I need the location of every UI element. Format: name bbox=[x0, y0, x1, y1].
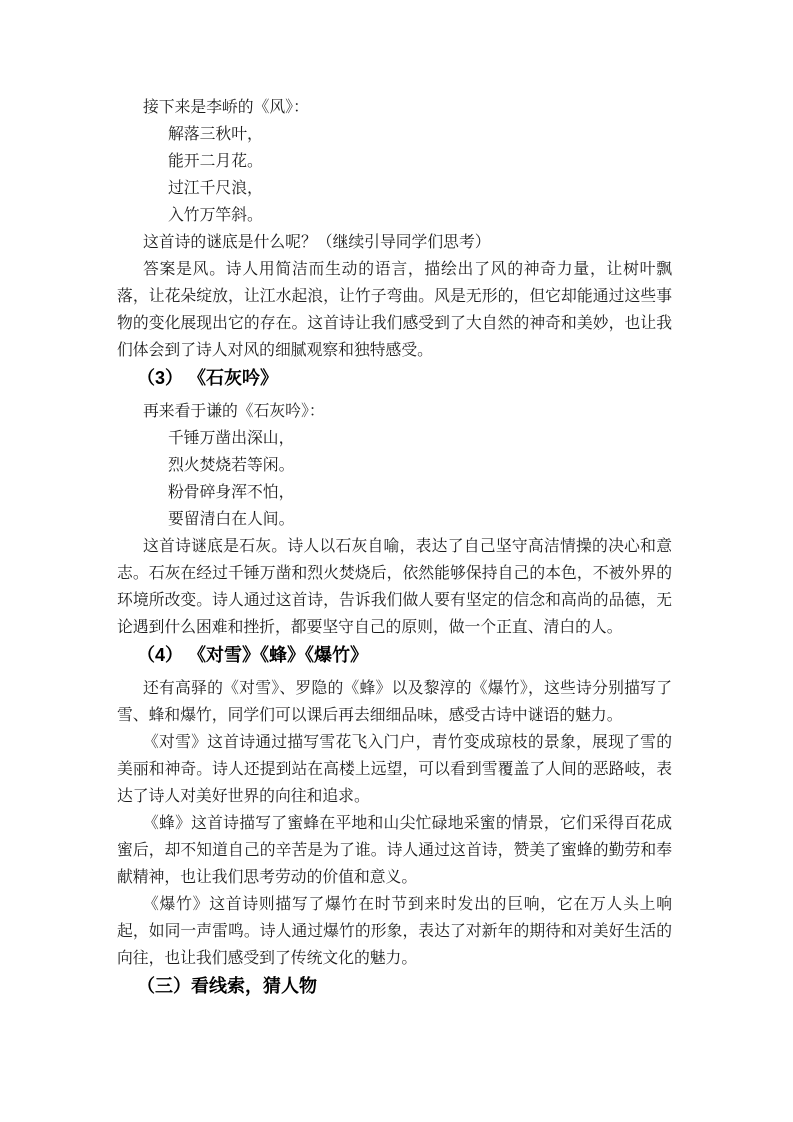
section-heading-three-poems: （4） 《对雪》《蜂》《爆竹》 bbox=[117, 642, 672, 669]
document-page: 接下来是李峤的《风》： 解落三秋叶， 能开二月花。 过江千尺浪， 入竹万竿斜。 … bbox=[0, 0, 793, 1122]
intro-line-shihuiyin: 再来看于谦的《石灰吟》： bbox=[117, 398, 672, 425]
poem-line-shihuiyin-2: 烈火焚烧若等闲。 bbox=[117, 452, 672, 479]
section-heading-shihuiyin: （3） 《石灰吟》 bbox=[117, 365, 672, 392]
poem-line-shihuiyin-1: 千锤万凿出深山， bbox=[117, 425, 672, 452]
poem-line-feng-4: 入竹万竿斜。 bbox=[117, 202, 672, 229]
question-line-feng: 这首诗的谜底是什么呢？（继续引导同学们思考） bbox=[117, 229, 672, 256]
analysis-paragraph-duixue: 《对雪》这首诗通过描写雪花飞入门户，青竹变成琼枝的景象，展现了雪的美丽和神奇。诗… bbox=[117, 729, 672, 810]
section-heading-guess-person: （三）看线索，猜人物 bbox=[117, 973, 672, 1000]
poem-line-feng-3: 过江千尺浪， bbox=[117, 175, 672, 202]
analysis-paragraph-feng-bee: 《蜂》这首诗描写了蜜蜂在平地和山尖忙碌地采蜜的情景，它们采得百花成蜜后，却不知道… bbox=[117, 810, 672, 891]
intro-paragraph-three-poems: 还有高驿的《对雪》、罗隐的《蜂》以及黎淳的《爆竹》，这些诗分别描写了雪、蜂和爆竹… bbox=[117, 675, 672, 729]
poem-line-shihuiyin-4: 要留清白在人间。 bbox=[117, 506, 672, 533]
poem-line-shihuiyin-3: 粉骨碎身浑不怕， bbox=[117, 479, 672, 506]
intro-line-feng: 接下来是李峤的《风》： bbox=[117, 94, 672, 121]
poem-line-feng-1: 解落三秋叶， bbox=[117, 121, 672, 148]
poem-line-feng-2: 能开二月花。 bbox=[117, 148, 672, 175]
analysis-paragraph-baozhu: 《爆竹》这首诗则描写了爆竹在时节到来时发出的巨响，它在万人头上响起，如同一声雷鸣… bbox=[117, 891, 672, 972]
analysis-paragraph-feng: 答案是风。诗人用简洁而生动的语言，描绘出了风的神奇力量，让树叶飘落，让花朵绽放，… bbox=[117, 256, 672, 364]
document-content: 接下来是李峤的《风》： 解落三秋叶， 能开二月花。 过江千尺浪， 入竹万竿斜。 … bbox=[0, 0, 793, 1122]
analysis-paragraph-shihui: 这首诗谜底是石灰。诗人以石灰自喻，表达了自己坚守高洁情操的决心和意志。石灰在经过… bbox=[117, 533, 672, 641]
